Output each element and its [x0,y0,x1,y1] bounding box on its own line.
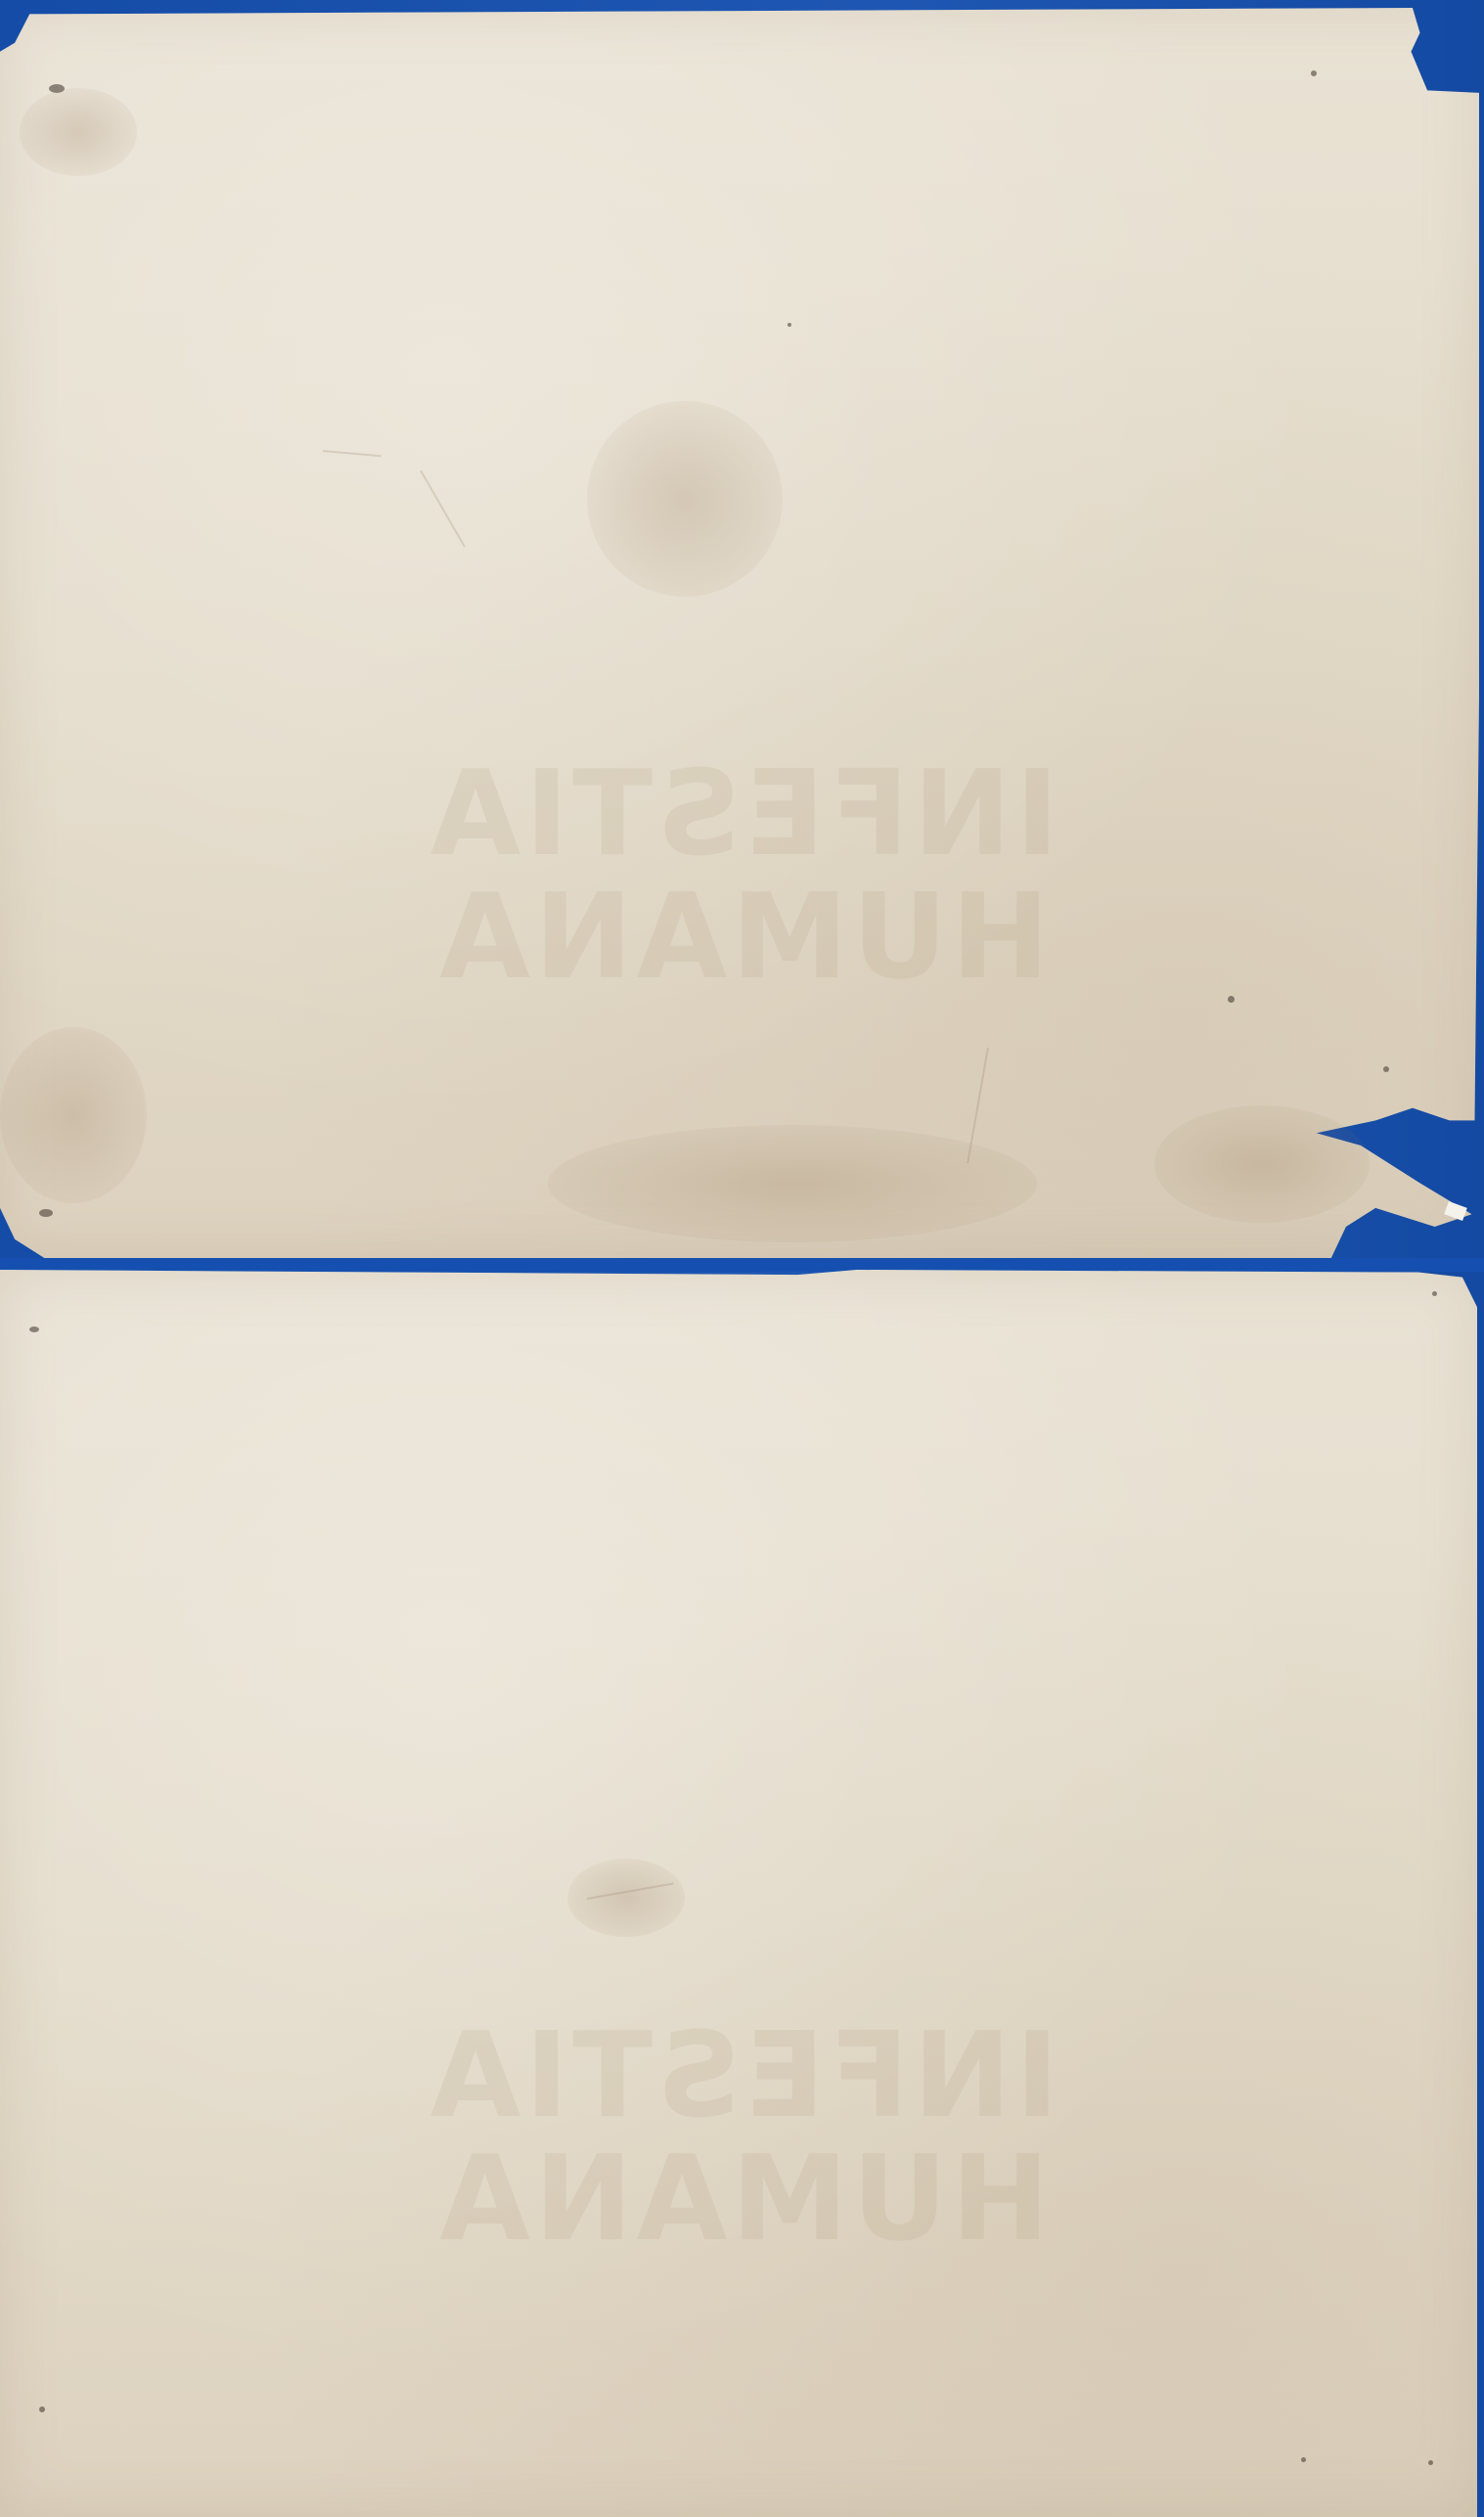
bleed-through-text-top: INFESTIA HUMANA [426,753,1058,1000]
ink-stain [39,2406,45,2412]
water-stain [20,88,137,176]
ink-stain [39,1209,53,1217]
bleed-through-line: HUMANA [426,876,1058,1000]
water-stain [548,1125,1037,1242]
water-stain [567,1859,685,1937]
water-stain [0,1027,147,1203]
ink-stain [1432,1291,1437,1296]
ink-stain [1311,70,1317,76]
water-stain [587,401,783,597]
bleed-through-line: INFESTIA [426,753,1058,876]
ink-stain [1301,2457,1306,2462]
bleed-through-text-bottom: INFESTIA HUMANA [426,2015,1058,2262]
blue-gap-between-sheets [0,1258,1484,1272]
bleed-through-line: INFESTIA [426,2015,1058,2138]
paper-sheet-bottom [0,1270,1477,2517]
ink-stain [1383,1066,1389,1072]
ink-stain [1428,2460,1433,2465]
ink-stain [1228,996,1235,1003]
water-stain [1154,1105,1370,1223]
ink-stain [29,1326,39,1332]
ink-stain [787,323,791,327]
paper-sheet-top [0,8,1479,1258]
bleed-through-line: HUMANA [426,2138,1058,2262]
